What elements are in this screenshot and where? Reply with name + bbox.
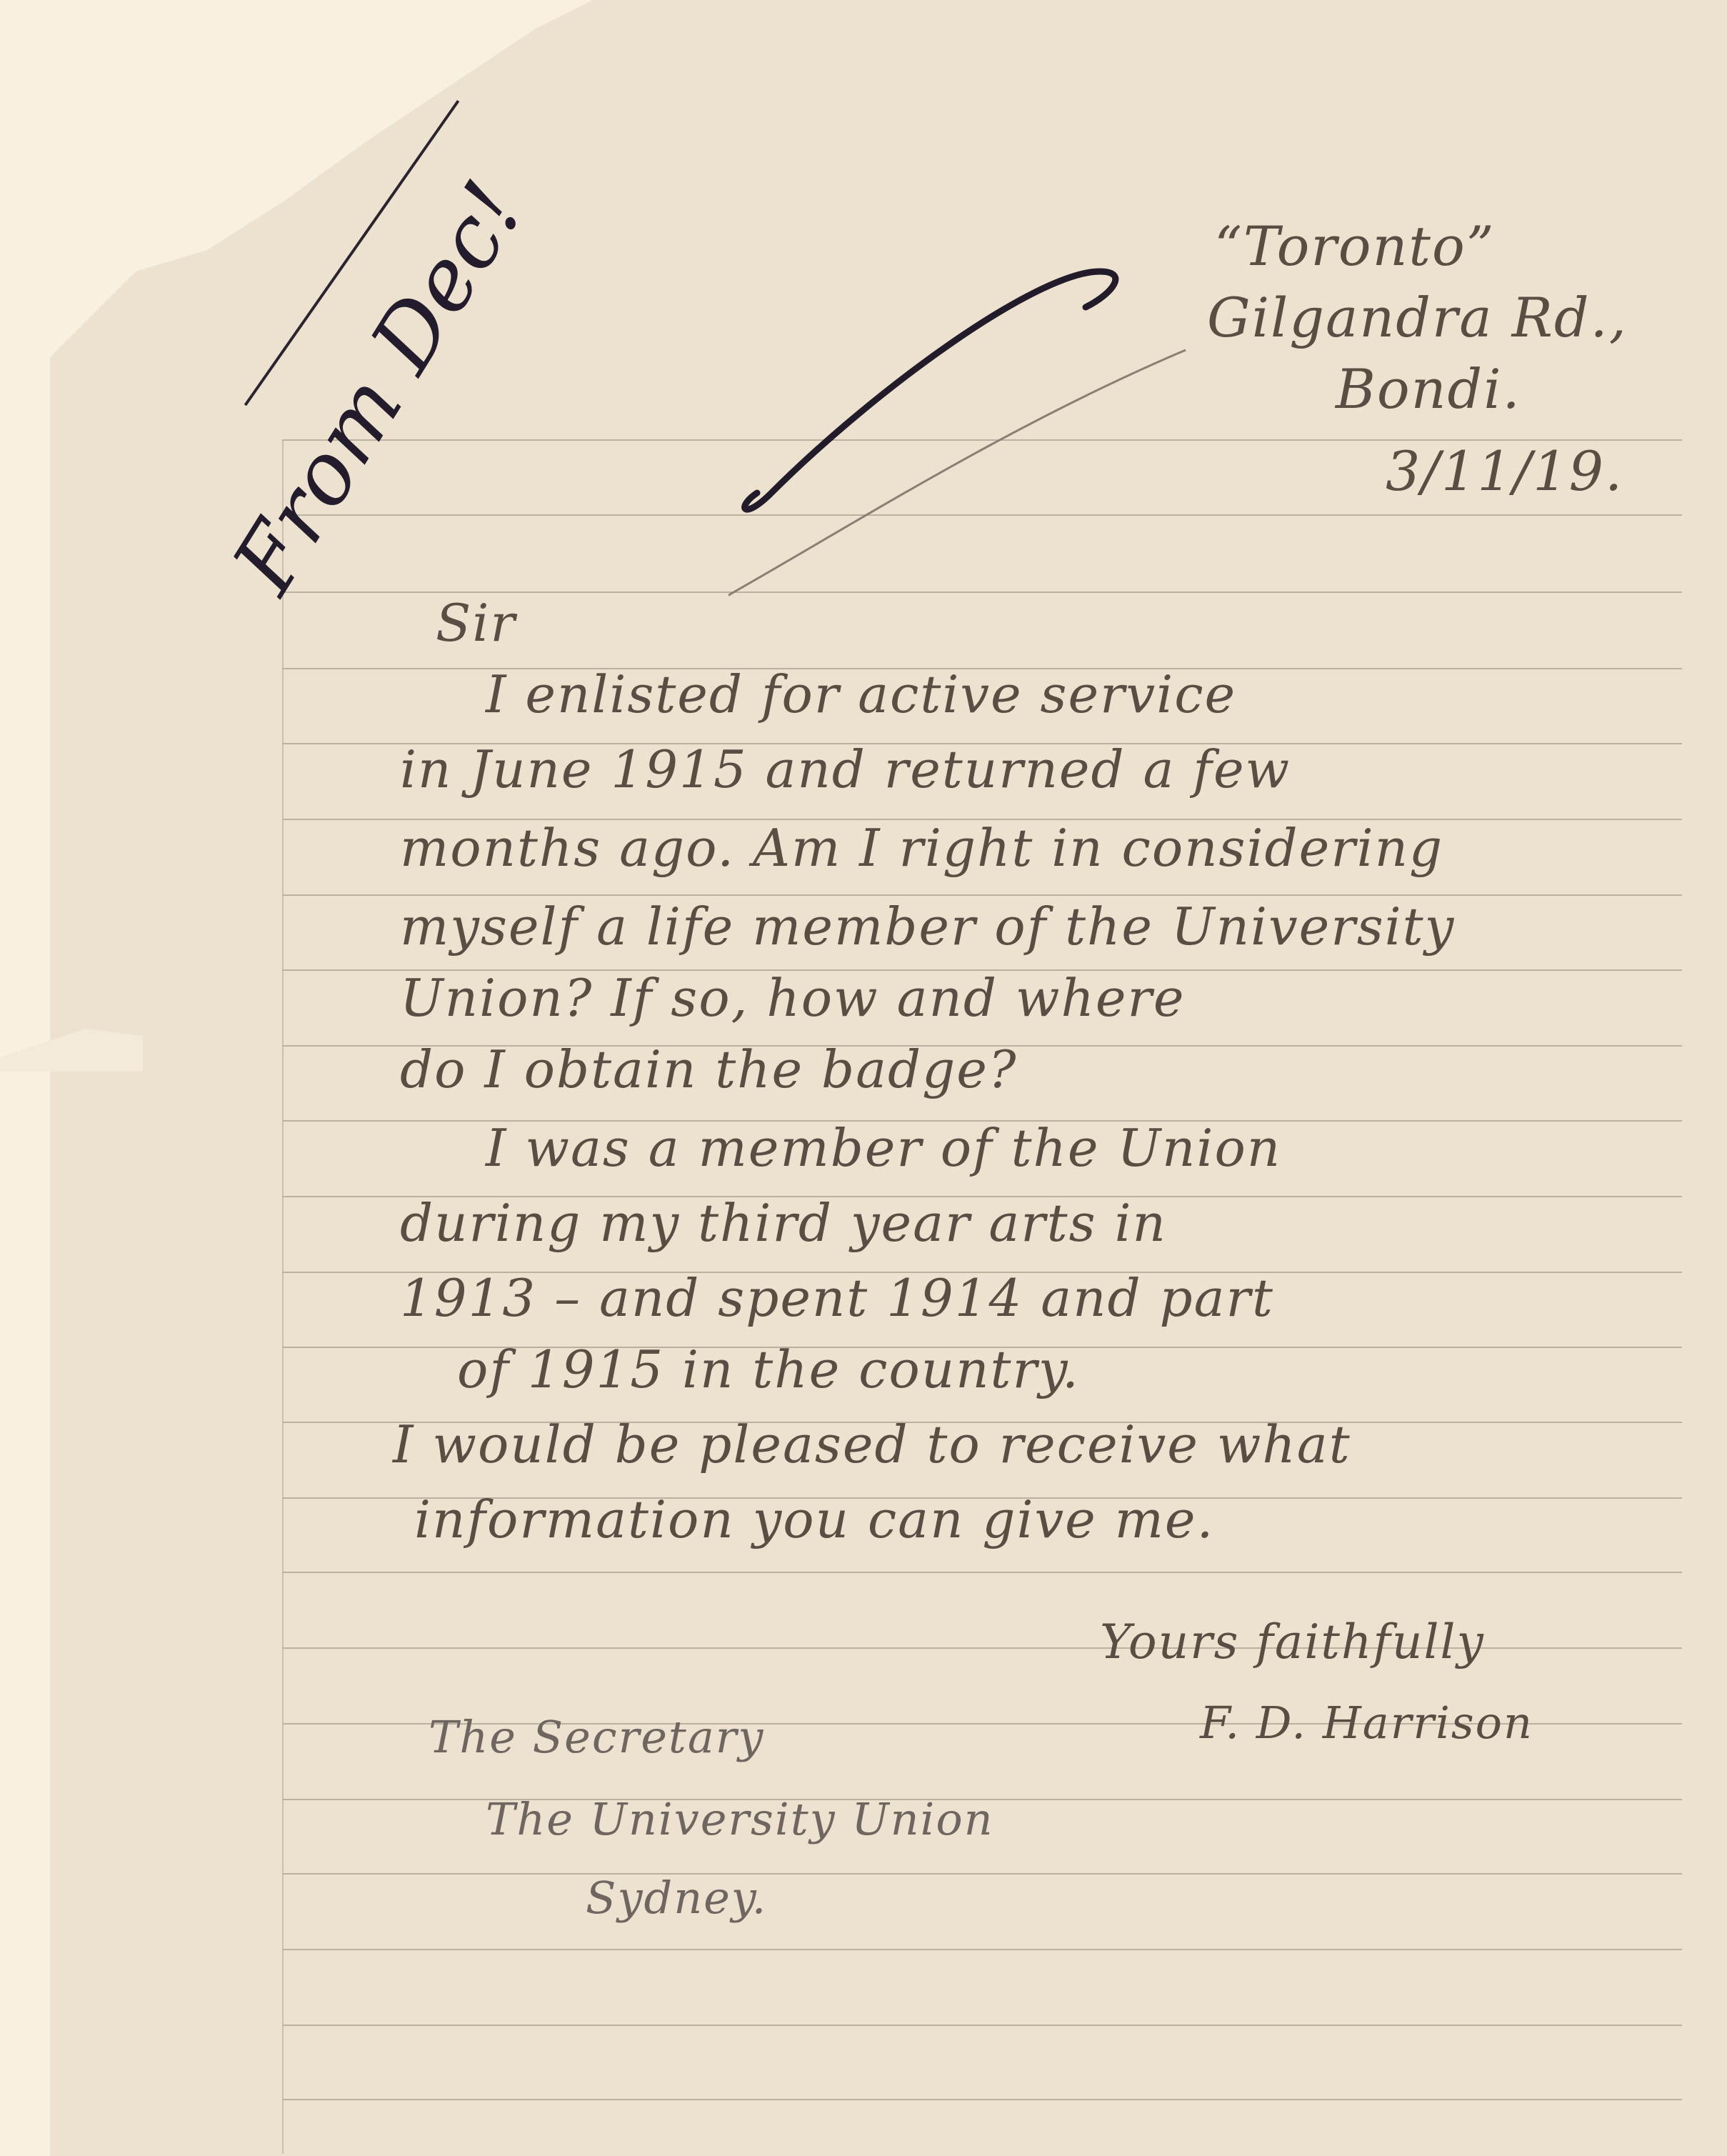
rule-line — [282, 1949, 1682, 1950]
recipient-line-2: The University Union — [486, 1793, 994, 1845]
rule-line — [282, 1873, 1682, 1875]
body-line: do I obtain the badge? — [400, 1039, 1017, 1099]
recipient-line-1: The Secretary — [429, 1711, 764, 1763]
rule-line — [282, 1572, 1682, 1573]
recipient-line-3: Sydney. — [586, 1872, 767, 1924]
rule-line — [282, 2099, 1682, 2100]
body-line: I would be pleased to receive what — [393, 1414, 1351, 1474]
body-line: in June 1915 and returned a few — [400, 739, 1291, 799]
body-line: myself a life member of the University — [400, 897, 1455, 957]
address-street: Gilgandra Rd., — [1207, 286, 1628, 349]
check-mark-stroke — [729, 250, 1228, 622]
salutation: Sir — [436, 593, 516, 653]
signature: F. D. Harrison — [1200, 1697, 1533, 1749]
body-line: 1913 – and spent 1914 and part — [400, 1268, 1274, 1328]
body-line: Union? If so, how and where — [400, 968, 1185, 1028]
body-line: I enlisted for active service — [486, 664, 1236, 724]
address-suburb: Bondi. — [1336, 357, 1521, 421]
rule-line — [282, 2025, 1682, 2026]
body-line: I was a member of the Union — [486, 1118, 1281, 1178]
letter-date: 3/11/19. — [1386, 439, 1623, 503]
body-line: information you can give me. — [414, 1489, 1214, 1549]
margin-line — [282, 439, 284, 2154]
closing: Yours faithfully — [1100, 1614, 1485, 1670]
body-line: during my third year arts in — [400, 1193, 1167, 1253]
address-house-name: “Toronto” — [1214, 214, 1496, 278]
body-line: of 1915 in the country. — [457, 1339, 1080, 1399]
rule-line — [282, 894, 1682, 896]
paper-tear — [0, 1029, 143, 1072]
body-line: months ago. Am I right in considering — [400, 818, 1443, 878]
